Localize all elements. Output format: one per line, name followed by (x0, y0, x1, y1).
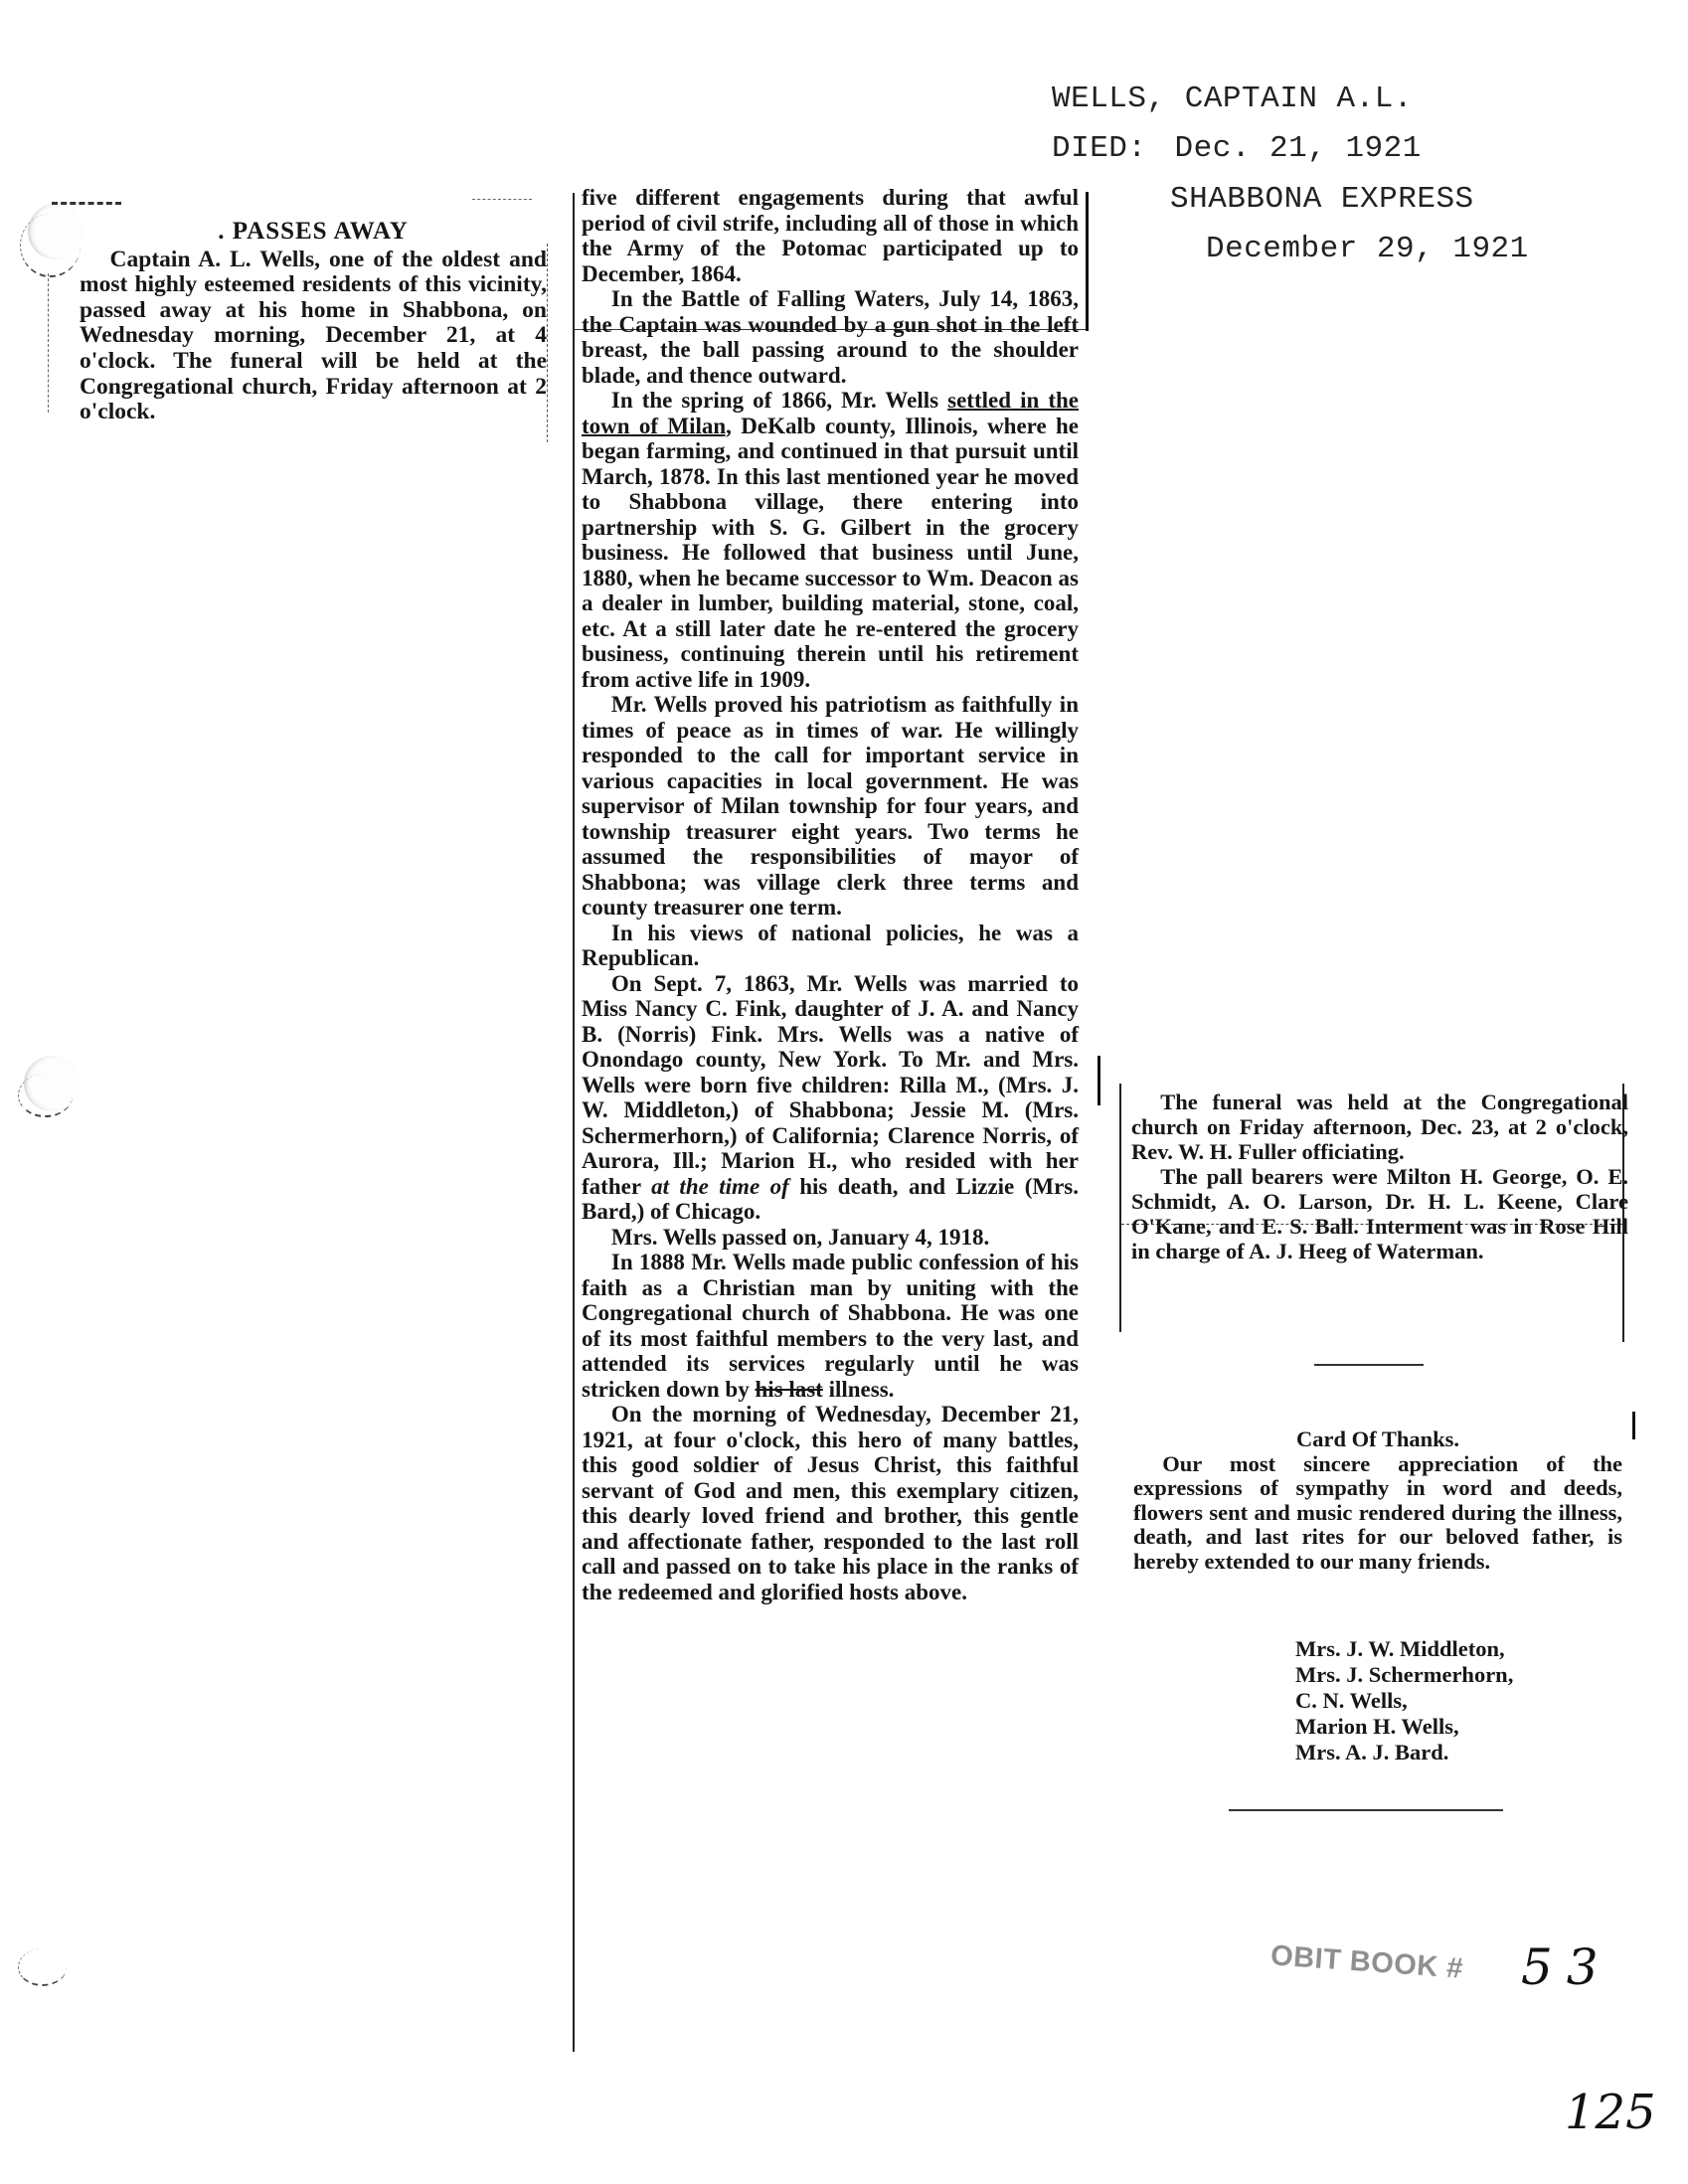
obituary-paragraph: In the spring of 1866, Mr. Wells settled… (582, 388, 1079, 692)
obituary-paragraph: Mr. Wells proved his patriotism as faith… (582, 692, 1079, 921)
paragraph-text: illness. (823, 1377, 895, 1402)
publication-date: December 29, 1921 (1206, 232, 1529, 266)
obituary-paragraph: On Sept. 7, 1863, Mr. Wells was married … (582, 971, 1079, 1225)
signer: C. N. Wells, (1295, 1688, 1513, 1714)
signer: Marion H. Wells, (1295, 1714, 1513, 1740)
paragraph-text: In the spring of 1866, Mr. Wells (611, 388, 947, 413)
obituary-paragraph: five different engagements during that a… (582, 185, 1079, 286)
obituary-paragraph: In 1888 Mr. Wells made public confession… (582, 1250, 1079, 1402)
signer: Mrs. A. J. Bard. (1295, 1740, 1513, 1765)
death-date-line: DIED:Dec. 21, 1921 (1052, 131, 1422, 166)
clipping-top-rule-right (472, 199, 532, 200)
obituary-paragraph: On the morning of Wednesday, December 21… (582, 1402, 1079, 1604)
obit-book-stamp: OBIT BOOK # (1269, 1939, 1464, 1985)
clipping-passes-away: . PASSES AWAY Captain A. L. Wells, one o… (80, 219, 547, 425)
obit-book-number: 53 (1521, 1938, 1612, 1996)
italic-text: at the time of (651, 1174, 789, 1199)
clipping-headline: . PASSES AWAY (80, 219, 547, 245)
hole-punch-arc-middle (18, 1074, 73, 1117)
card-title: Card Of Thanks. (1133, 1428, 1622, 1452)
section-separator (1314, 1364, 1424, 1366)
signer: Mrs. J. W. Middleton, (1295, 1636, 1513, 1662)
clipping-top-rule (52, 202, 121, 205)
funeral-paragraph: The funeral was held at the Congregation… (1131, 1090, 1628, 1164)
column-rule (1097, 1056, 1100, 1105)
obituary-paragraph: In the Battle of Falling Waters, July 14… (582, 286, 1079, 388)
clipping-body: Captain A. L. Wells, one of the oldest a… (80, 248, 547, 425)
hole-punch-arc-top (20, 214, 81, 277)
column-rule (1632, 1412, 1635, 1439)
hole-punch-arc-bottom (18, 1948, 67, 1986)
clipping-funeral: The funeral was held at the Congregation… (1131, 1090, 1628, 1263)
died-date: Dec. 21, 1921 (1175, 131, 1422, 166)
deceased-name: WELLS, CAPTAIN A.L. (1052, 82, 1413, 116)
clipping-obituary: five different engagements during that a… (582, 185, 1079, 1604)
card-signers: Mrs. J. W. Middleton, Mrs. J. Schermerho… (1295, 1636, 1513, 1765)
funeral-paragraph: The pall bearers were Milton H. George, … (1131, 1164, 1628, 1263)
clipping-card-of-thanks: Card Of Thanks. Our most sincere appreci… (1133, 1428, 1622, 1574)
died-label: DIED: (1052, 131, 1147, 166)
column-rule-left (573, 193, 575, 2052)
page-number: 125 (1565, 2085, 1656, 2140)
column-rule-left (1119, 1084, 1121, 1332)
signer: Mrs. J. Schermerhorn, (1295, 1662, 1513, 1688)
column-rule (547, 244, 548, 442)
column-rule (48, 273, 49, 413)
card-body: Our most sincere appreciation of the exp… (1133, 1452, 1622, 1575)
column-rule-right (1086, 192, 1089, 331)
obituary-paragraph: In his views of national policies, he wa… (582, 921, 1079, 971)
section-separator (1229, 1809, 1503, 1811)
paragraph-text: On Sept. 7, 1863, Mr. Wells was married … (582, 971, 1079, 1199)
newspaper-name: SHABBONA EXPRESS (1170, 182, 1474, 217)
paragraph-text: DeKalb county, Illinois, where he began … (582, 414, 1079, 692)
obituary-paragraph: Mrs. Wells passed on, January 4, 1918. (582, 1225, 1079, 1251)
struck-text: his last (755, 1377, 822, 1402)
